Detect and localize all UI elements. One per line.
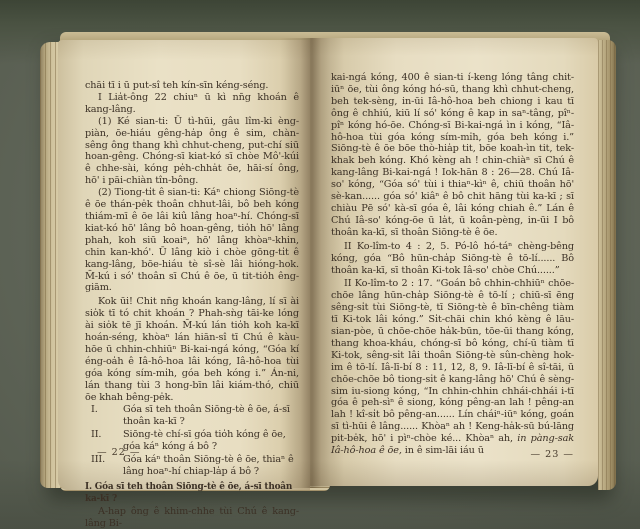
right-page-text: kai-ngá kóng, 400 ê sian-ti í-keng lóng … [331, 72, 574, 457]
paragraph: kai-ngá kóng, 400 ê sian-ti í-keng lóng … [331, 72, 574, 239]
text-run: II Ko-lîm-to 2 : 17. “Goán bô chhin-chhi… [331, 278, 574, 444]
text-run: II Ko-lîm-to 4 : 2, 5. Pó-lô hó-táⁿ chèn… [331, 241, 574, 276]
paragraph: II Ko-lîm-to 4 : 2, 5. Pó-lô hó-táⁿ chèn… [331, 241, 574, 277]
list-text: Góa sī teh thoân Siōng-tè ê ōe, á-sī tho… [123, 404, 290, 427]
paragraph: chāi tī i ū put-sî teh kín-sīn kéng-séng… [85, 80, 299, 92]
paragraph: (2) Tiong-ti̍t ê sian-ti: Káⁿ chiong Siō… [85, 187, 299, 294]
paragraph: II Ko-lîm-to 2 : 17. “Goán bô chhin-chhi… [331, 278, 574, 457]
paragraph: A-hap ông ê khim-chhe tùi Chú ê kang-lân… [85, 506, 299, 529]
text-run: Siōng-tè chí-sī góa tio̍h kóng ê ōe, góa… [123, 429, 286, 452]
text-run: Kok ūi! Chit nn̄g khoán kang-lâng, lí sī… [85, 296, 299, 402]
text-run: I Lia̍t-ông 22 chiuⁿ ū kì nn̄g khoán ê k… [85, 92, 299, 115]
page-number-left: — 22 — [97, 447, 141, 458]
paragraph: (1) Ké sian-ti: Ū tì-hūi, gâu lîm-ki èng… [85, 116, 299, 187]
list-text: Góa káⁿ thoân Siōng-tè ê ōe, thiaⁿ ê lân… [123, 454, 294, 477]
right-fore-edge [598, 40, 616, 490]
open-book: chāi tī i ū put-sî teh kín-sīn kéng-séng… [40, 30, 616, 492]
list-item: I.Góa sī teh thoân Siōng-tè ê ōe, á-sī t… [85, 404, 299, 428]
list-marker: II. [91, 429, 117, 441]
text-run: (2) Tiong-ti̍t ê sian-ti: Káⁿ chiong Siō… [85, 187, 299, 293]
section-heading: I. Góa sī teh thoân Siōng-tè ê ōe, á-sī … [85, 482, 299, 506]
page-number-right: — 23 — [331, 449, 574, 460]
list-text: Siōng-tè chí-sī góa tio̍h kóng ê ōe, góa… [123, 429, 286, 452]
text-run: chāi tī i ū put-sî teh kín-sīn kéng-séng… [85, 80, 268, 91]
text-run: (1) Ké sian-ti: Ū tì-hūi, gâu lîm-ki èng… [85, 116, 299, 187]
list-marker: I. [91, 404, 117, 416]
text-run: A-hap ông ê khim-chhe tùi Chú ê kang-lân… [85, 506, 299, 529]
text-run: I. Góa sī teh thoân Siōng-tè ê ōe, á-sī … [85, 482, 292, 504]
book-photo: chāi tī i ū put-sî teh kín-sīn kéng-séng… [0, 0, 640, 529]
left-page-text: chāi tī i ū put-sî teh kín-sīn kéng-séng… [85, 80, 299, 529]
text-run: Góa káⁿ thoân Siōng-tè ê ōe, thiaⁿ ê lân… [123, 454, 294, 477]
paragraph: Kok ūi! Chit nn̄g khoán kang-lâng, lí sī… [85, 296, 299, 403]
text-run: kai-ngá kóng, 400 ê sian-ti í-keng lóng … [331, 72, 574, 238]
paragraph: I Lia̍t-ông 22 chiuⁿ ū kì nn̄g khoán ê k… [85, 92, 299, 116]
text-run: Góa sī teh thoân Siōng-tè ê ōe, á-sī tho… [123, 404, 290, 427]
